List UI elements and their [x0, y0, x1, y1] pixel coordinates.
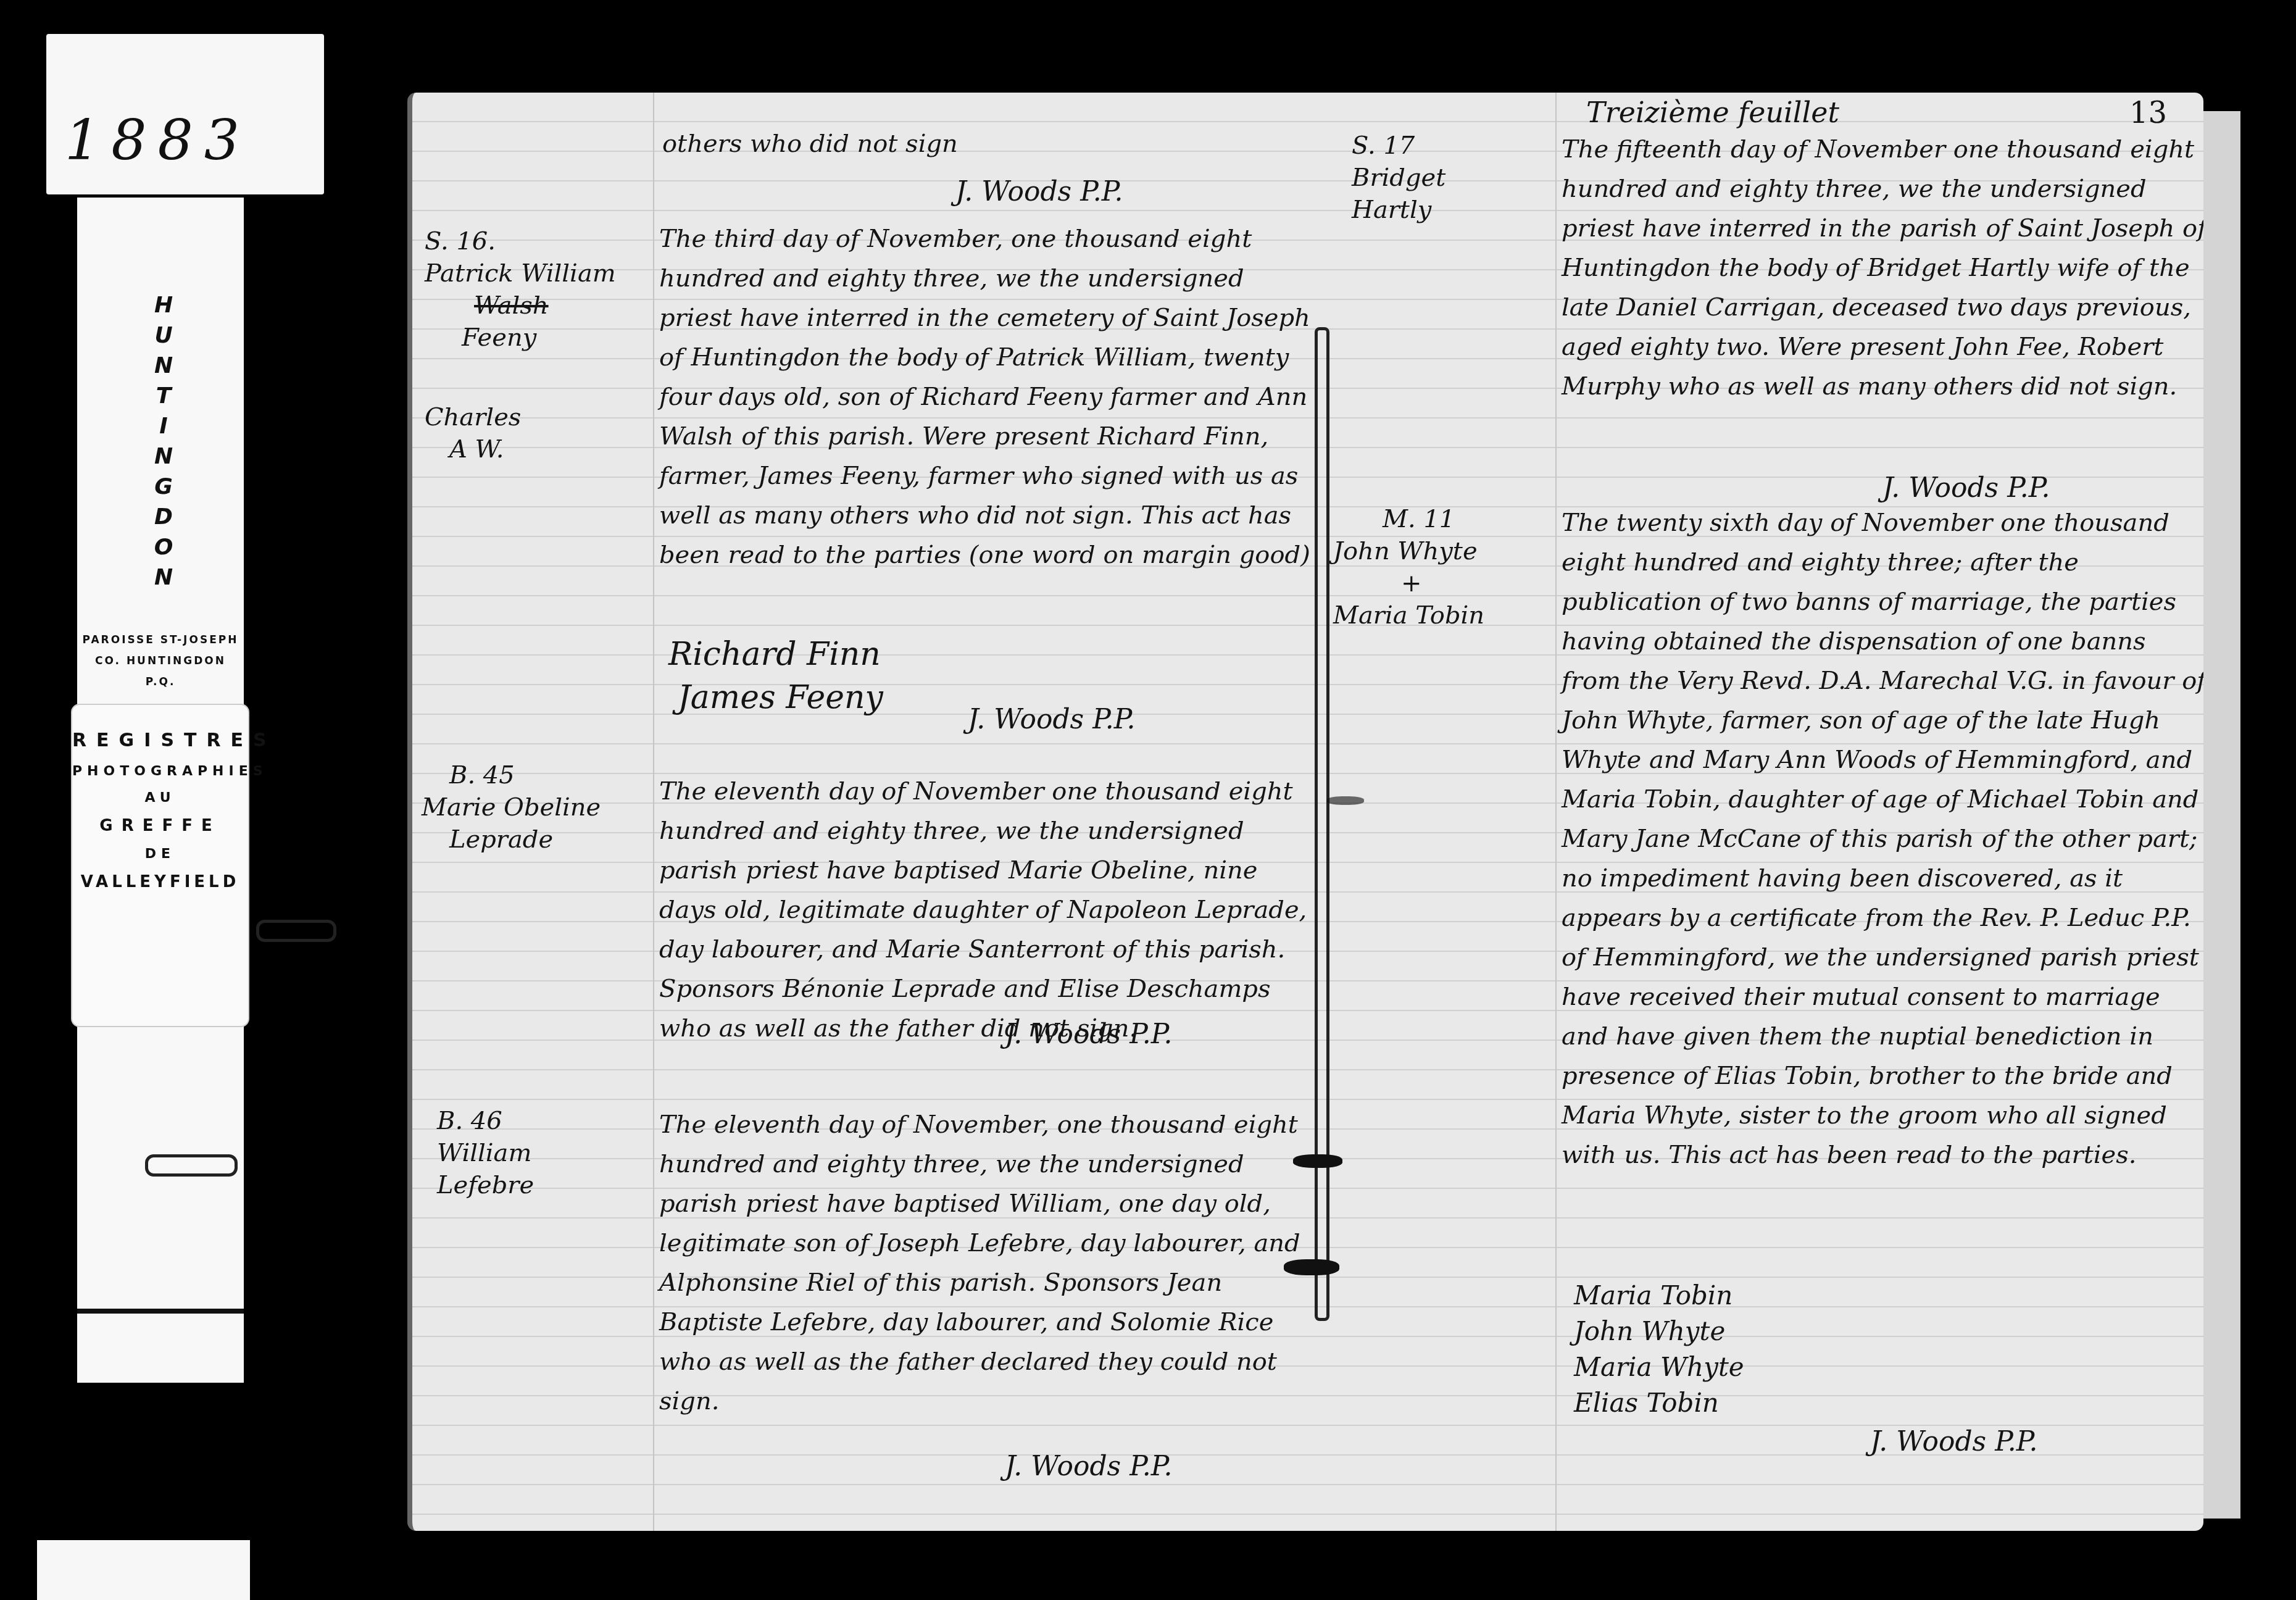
entry-name: Bridget	[1352, 162, 1445, 194]
party-signature: Maria Whyte	[1574, 1349, 1744, 1385]
vertical-letter: H	[151, 290, 176, 320]
priest-signature: J. Woods P.P.	[955, 176, 1123, 207]
county-line: CO. HUNTINGDON	[77, 651, 244, 672]
entry-text-b45: The eleventh day of November one thousan…	[659, 772, 1313, 1048]
entry-number: S. 16.	[425, 225, 616, 257]
year-label: 1883	[65, 108, 251, 173]
entry-margin-m11: M. 11 John Whyte + Maria Tobin	[1333, 503, 1484, 631]
entry-margin-b46: B. 46 William Lefebre	[437, 1105, 534, 1201]
witness-signature: Richard Finn	[668, 636, 881, 673]
paperclip-icon	[256, 920, 336, 942]
continuation-text: others who did not sign	[662, 130, 958, 158]
vertical-letter: T	[151, 381, 176, 411]
entry-margin-b45: B. 45 Marie Obeline Leprade	[449, 759, 601, 856]
entry-margin-s16: S. 16. Patrick William Walsh Feeny	[425, 225, 616, 354]
vertical-letter: I	[151, 411, 176, 441]
card-line: DE	[72, 846, 248, 862]
county-vertical-label: HUNTINGDON	[151, 290, 176, 593]
ink-blot	[1327, 796, 1364, 805]
entry-surname: Lefebre	[437, 1169, 534, 1201]
entry-number: M. 11	[1333, 503, 1484, 535]
bride-name: Maria Tobin	[1333, 599, 1484, 631]
vertical-letter: N	[151, 441, 176, 472]
register-book: others who did not sign J. Woods P.P. S.…	[407, 93, 2247, 1531]
binding-knot	[1293, 1154, 1342, 1168]
priest-signature: J. Woods P.P.	[1882, 472, 2050, 504]
entry-text-b46: The eleventh day of November, one thousa…	[659, 1105, 1313, 1421]
binding-thread	[1315, 327, 1329, 1321]
bottom-tag	[37, 1540, 250, 1600]
party-signature: Maria Tobin	[1574, 1278, 1744, 1314]
struck-name: Walsh	[425, 290, 616, 322]
marriage-plus: +	[1333, 567, 1484, 599]
parish-line: PAROISSE ST-JOSEPH	[77, 630, 244, 651]
entry-number: B. 45	[449, 759, 601, 791]
vertical-letter: O	[151, 532, 176, 562]
entry-name: Marie Obeline	[422, 791, 601, 823]
groom-name: John Whyte	[1333, 535, 1484, 567]
margin-rule	[1555, 93, 1557, 1531]
margin-extra-line: Charles	[425, 401, 521, 433]
entry-number: S. 17	[1352, 130, 1445, 162]
party-signature: John Whyte	[1574, 1314, 1744, 1349]
vertical-letter: U	[151, 320, 176, 351]
entry-name: Patrick William	[425, 257, 616, 290]
entry-margin-extra: Charles A W.	[425, 401, 521, 465]
priest-signature: J. Woods P.P.	[1005, 1451, 1173, 1482]
page-number: 13	[2129, 96, 2167, 130]
entry-surname: Feeny	[425, 322, 616, 354]
entry-text-s16: The third day of November, one thousand …	[659, 219, 1313, 575]
margin-rule	[653, 93, 654, 1531]
witness-signature: James Feeny	[678, 679, 883, 716]
folio-header: Treizième feuillet	[1586, 96, 1839, 129]
province-line: P.Q.	[77, 672, 244, 693]
archive-strip: HUNTINGDON PAROISSE ST-JOSEPH CO. HUNTIN…	[77, 198, 244, 1383]
party-signatures: Maria Tobin John Whyte Maria Whyte Elias…	[1574, 1278, 1744, 1421]
entry-name: William	[437, 1137, 534, 1169]
vertical-letter: N	[151, 351, 176, 381]
priest-signature: J. Woods P.P.	[1870, 1426, 2038, 1457]
card-line: PHOTOGRAPHIES	[72, 764, 248, 779]
entry-margin-s17: S. 17 Bridget Hartly	[1352, 130, 1445, 226]
parish-label: PAROISSE ST-JOSEPH CO. HUNTINGDON P.Q.	[77, 630, 244, 693]
left-page: others who did not sign J. Woods P.P. S.…	[407, 93, 1332, 1531]
right-page: Treizième feuillet 13 S. 17 Bridget Hart…	[1327, 93, 2203, 1531]
vertical-letter: G	[151, 472, 176, 502]
vertical-letter: N	[151, 562, 176, 593]
binding-knot	[1284, 1259, 1339, 1275]
margin-extra-line: A W.	[425, 433, 521, 465]
card-line: REGISTRES	[72, 730, 248, 751]
paperclip-icon	[145, 1154, 238, 1177]
page-edge	[2203, 111, 2240, 1519]
entry-number: B. 46	[437, 1105, 534, 1137]
card-line: AU	[72, 790, 248, 806]
year-tag: 1883	[46, 34, 324, 194]
entry-surname: Leprade	[449, 823, 601, 856]
card-line: VALLEYFIELD	[72, 873, 248, 891]
priest-signature: J. Woods P.P.	[968, 704, 1136, 735]
card-line: GREFFE	[72, 817, 248, 835]
priest-signature: J. Woods P.P.	[1005, 1019, 1173, 1050]
party-signature: Elias Tobin	[1574, 1385, 1744, 1421]
divider	[77, 1309, 244, 1314]
vertical-letter: D	[151, 502, 176, 532]
registry-label-card: REGISTRES PHOTOGRAPHIES AU GREFFE DE VAL…	[71, 704, 249, 1027]
entry-text-m11: The twenty sixth day of November one tho…	[1562, 503, 2210, 1175]
entry-text-s17: The fifteenth day of November one thousa…	[1562, 130, 2210, 406]
entry-surname: Hartly	[1352, 194, 1445, 226]
